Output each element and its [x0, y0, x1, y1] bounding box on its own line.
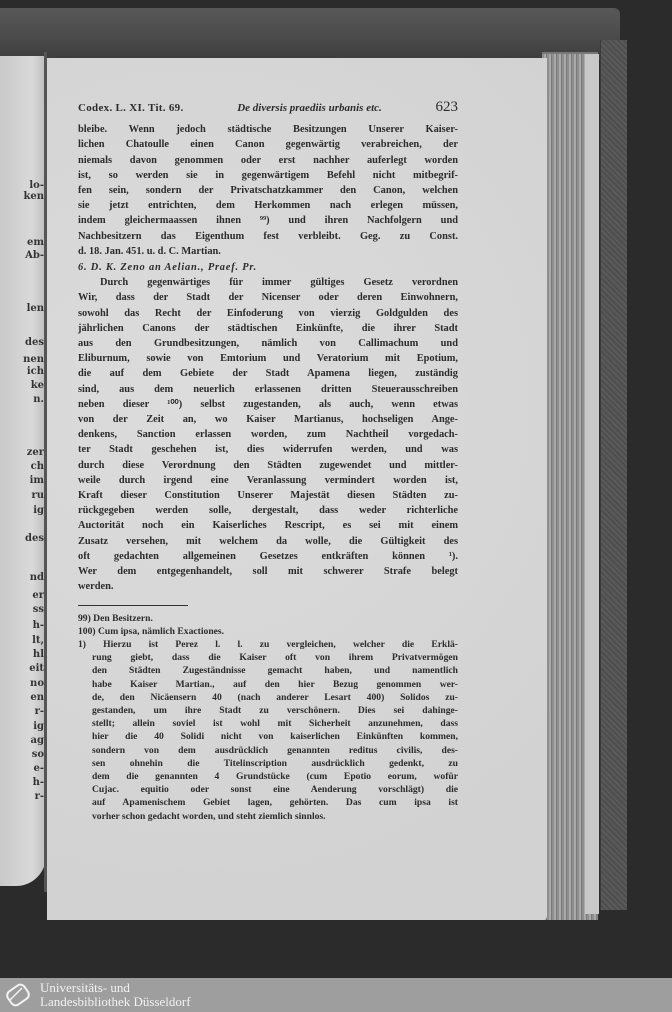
page-block-edge-highlight — [585, 54, 599, 914]
library-name-line1: Universitäts- und — [40, 981, 191, 995]
book-cover-right-edge — [600, 40, 627, 910]
text-line: sowohl das Recht der Einfoderung von vie… — [78, 306, 458, 321]
left-page-text-fragment: ch — [31, 461, 44, 473]
text-line: fen sein, sondern der Privatschatzkammer… — [78, 183, 458, 198]
left-page-text-fragment: ke — [31, 380, 44, 392]
left-page-fragment: lo-kenemAb-lendesnenichken.zerchimruigde… — [0, 56, 46, 886]
left-page-text-fragment: h- — [33, 777, 44, 789]
left-page-text-fragment: so — [32, 749, 44, 761]
footnote-line: vorher schon gedacht worden, und steht z… — [78, 810, 458, 823]
left-page-text-fragment: im — [30, 475, 44, 487]
footnote-line: Cujac. equitio oder sonst eine Aenderung… — [78, 783, 458, 796]
left-page-text-fragment: eit — [29, 663, 44, 675]
footnote-line: den Städten Zugeständnisse gemacht haben… — [78, 664, 458, 677]
text-line: rückgegeben werden solle, dergestalt, da… — [78, 503, 458, 518]
library-footer-bar: Universitäts- und Landesbibliothek Düsse… — [0, 978, 672, 1012]
text-line: Auctorität noch ein Kaiserliches Rescrip… — [78, 518, 458, 533]
left-page-text-fragment: lt, — [32, 635, 44, 647]
text-line: bleibe. Wenn jedoch städtische Besitzung… — [78, 122, 458, 137]
text-line: werden. — [78, 579, 458, 594]
library-name-line2: Landesbibliothek Düsseldorf — [40, 995, 191, 1009]
text-line: ist, so werden sie in gegenwärtigem Befe… — [78, 168, 458, 183]
text-line: Eliburnum, sowie von Emtorium und Verato… — [78, 351, 458, 366]
footnote-rule — [78, 605, 188, 606]
left-page-text-fragment: hl — [33, 649, 44, 661]
left-page-text-fragment: ich — [27, 366, 44, 378]
text-line: Durch gegenwärtiges für immer gültiges G… — [78, 275, 458, 290]
left-page-text-fragment: ag — [31, 735, 44, 747]
footnote-line: hier die 40 Solidi nicht von kaiserliche… — [78, 730, 458, 743]
left-page-text-fragment: nd — [30, 572, 44, 584]
text-line: d. 18. Jan. 451. u. d. C. Martian. — [78, 244, 458, 259]
running-head: Codex. L. XI. Tit. 69. De diversis praed… — [78, 100, 458, 116]
left-page-text-fragment: ru — [31, 490, 44, 502]
left-page-text-fragment: des — [25, 533, 44, 545]
footnote-line: sondern von dem ausdrücklich genannten r… — [78, 744, 458, 757]
text-line: indem gleichermaassen ihnen ⁹⁹) und ihre… — [78, 213, 458, 228]
left-page-text-fragment: em — [27, 237, 44, 249]
footnote-line: auf Apamenischem Gebiet lagen, gehörten.… — [78, 796, 458, 809]
page-content: Codex. L. XI. Tit. 69. De diversis praed… — [78, 100, 458, 823]
running-head-title: De diversis praediis urbanis etc. — [237, 101, 382, 116]
text-line: durch diese Verordnung den Städten zugew… — [78, 458, 458, 473]
text-line: Zusatz versehen, mit welchem da wolle, d… — [78, 534, 458, 549]
left-page-text-fragment: h- — [33, 620, 44, 632]
section-heading: 6. D. K. Zeno an Aelian., Praef. Pr. — [78, 260, 458, 275]
text-line: Wir, dass der Stadt der Nicenser oder de… — [78, 290, 458, 305]
footnote-line: de, den Nicäensern 40 (nach anderer Lesa… — [78, 691, 458, 704]
left-page-text-fragment: len — [27, 303, 44, 315]
text-line: sind, aus dem neuerlich erlassenen dritt… — [78, 382, 458, 397]
page-number: 623 — [435, 100, 458, 115]
left-page-text-fragment: ken — [23, 191, 44, 203]
left-page-text-fragment: ss — [33, 604, 44, 616]
library-name: Universitäts- und Landesbibliothek Düsse… — [40, 981, 191, 1009]
left-page-text-fragment: e- — [33, 763, 44, 775]
left-page-text-fragment: ig — [33, 721, 44, 733]
text-line: ter Stadt geschehen ist, dies widerrufen… — [78, 442, 458, 457]
footnote-line: habe Kaiser Martian., auf den hier Bezug… — [78, 678, 458, 691]
text-line: denkens, Sanction erlassen worden, zum N… — [78, 427, 458, 442]
text-line: Nachbesitzern das Eigenthum fest verblei… — [78, 229, 458, 244]
book-icon — [4, 982, 32, 1008]
text-line: Wer dem entgegenhandelt, soll mit schwer… — [78, 564, 458, 579]
book-cover-top-edge — [0, 8, 620, 60]
footnote-line: dem die genannten 4 Grundstücke (cum Epo… — [78, 770, 458, 783]
left-page-text-fragment: r- — [35, 706, 44, 718]
text-line: niemals davon genommen oder erst nachher… — [78, 153, 458, 168]
left-page-text-fragment: nen — [23, 354, 44, 366]
footnote-line: 99) Den Besitzern. — [78, 612, 458, 625]
footnotes: 99) Den Besitzern.100) Cum ipsa, nämlich… — [78, 612, 458, 823]
running-head-codex: Codex. L. XI. Tit. 69. — [78, 101, 184, 116]
footnote-line: stellt; allein soviel ist wohl mit Siche… — [78, 717, 458, 730]
text-line: von der Zeit an, wo Kaiser Martianus, ho… — [78, 412, 458, 427]
footnote-line: 1) Hierzu ist Perez l. l. zu vergleichen… — [78, 638, 458, 651]
text-line: neben dieser ¹⁰⁰) selbst zugestanden, al… — [78, 397, 458, 412]
left-page-text-fragment: er — [32, 590, 44, 602]
text-line: oft gedachten allgemeinen Gesetzes entkr… — [78, 549, 458, 564]
left-page-text-fragment: r- — [35, 791, 44, 803]
text-line: lichen Chatoulle einen Canon gegenwärtig… — [78, 137, 458, 152]
left-page-text-fragment: des — [25, 337, 44, 349]
text-line: jährlichen Canons der städtischen Einkün… — [78, 321, 458, 336]
footnote-line: gestanden, um ihre Stadt zu verschönern.… — [78, 704, 458, 717]
left-page-text-fragment: zer — [27, 447, 44, 459]
footnote-line: sen ohnehin die Titelinscription ausdrüc… — [78, 757, 458, 770]
paragraph-continuation: bleibe. Wenn jedoch städtische Besitzung… — [78, 122, 458, 259]
footnote-line: rung giebt, dass die Kaiser oft von ihre… — [78, 651, 458, 664]
text-line: sie jetzt entrichten, dem Herkommen nach… — [78, 198, 458, 213]
paragraph-section-6: Durch gegenwärtiges für immer gültiges G… — [78, 275, 458, 594]
left-page-text-fragment: no — [30, 678, 44, 690]
text-line: weile durch irgend eine Veranlassung ver… — [78, 473, 458, 488]
footnote-line: 100) Cum ipsa, nämlich Exactiones. — [78, 625, 458, 638]
text-line: die auf dem Gebiete der Stadt Apamena li… — [78, 366, 458, 381]
text-line: Kraft dieser Constitution Unserer Majest… — [78, 488, 458, 503]
left-page-text-fragment: n. — [33, 394, 44, 406]
text-line: aus den Grundbesitzungen, nämlich von Ca… — [78, 336, 458, 351]
left-page-text-fragment: ig — [33, 505, 44, 517]
left-page-text-fragment: Ab- — [25, 250, 44, 262]
left-page-text-fragment: en — [30, 692, 44, 704]
